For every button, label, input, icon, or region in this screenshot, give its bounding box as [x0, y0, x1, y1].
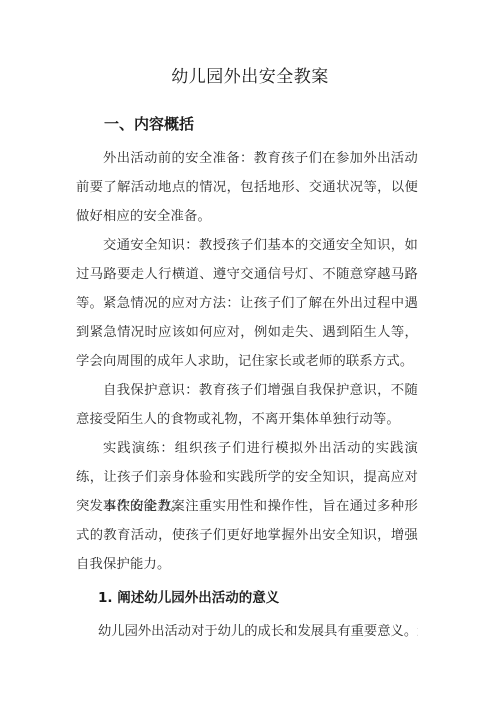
- section-heading: 一、内容概括: [104, 113, 194, 134]
- paragraph-self-protection: 自我保护意识：教育孩子们增强自我保护意识，不随意接受陌生人的食物或礼物，不离开集…: [76, 376, 418, 434]
- paragraph-significance: 幼儿园外出活动对于幼儿的成长和发展具有重要意义。这类活: [98, 617, 418, 646]
- paragraph-summary: 本次安全教案注重实用性和操作性，旨在通过多种形式的教育活动，使孩子们更好地掌握外…: [76, 492, 418, 579]
- paragraph-preparation: 外出活动前的安全准备：教育孩子们在参加外出活动前要了解活动地点的情况，包括地形、…: [76, 144, 418, 231]
- subsection-heading: 1. 阐述幼儿园外出活动的意义: [98, 586, 279, 606]
- document-page: 幼儿园外出安全教案 一、内容概括 外出活动前的安全准备：教育孩子们在参加外出活动…: [0, 0, 500, 707]
- paragraph-emergency: 紧急情况的应对方法：让孩子们了解在外出过程中遇到紧急情况时应该如何应对，例如走失…: [76, 289, 418, 376]
- document-title: 幼儿园外出安全教案: [0, 62, 500, 87]
